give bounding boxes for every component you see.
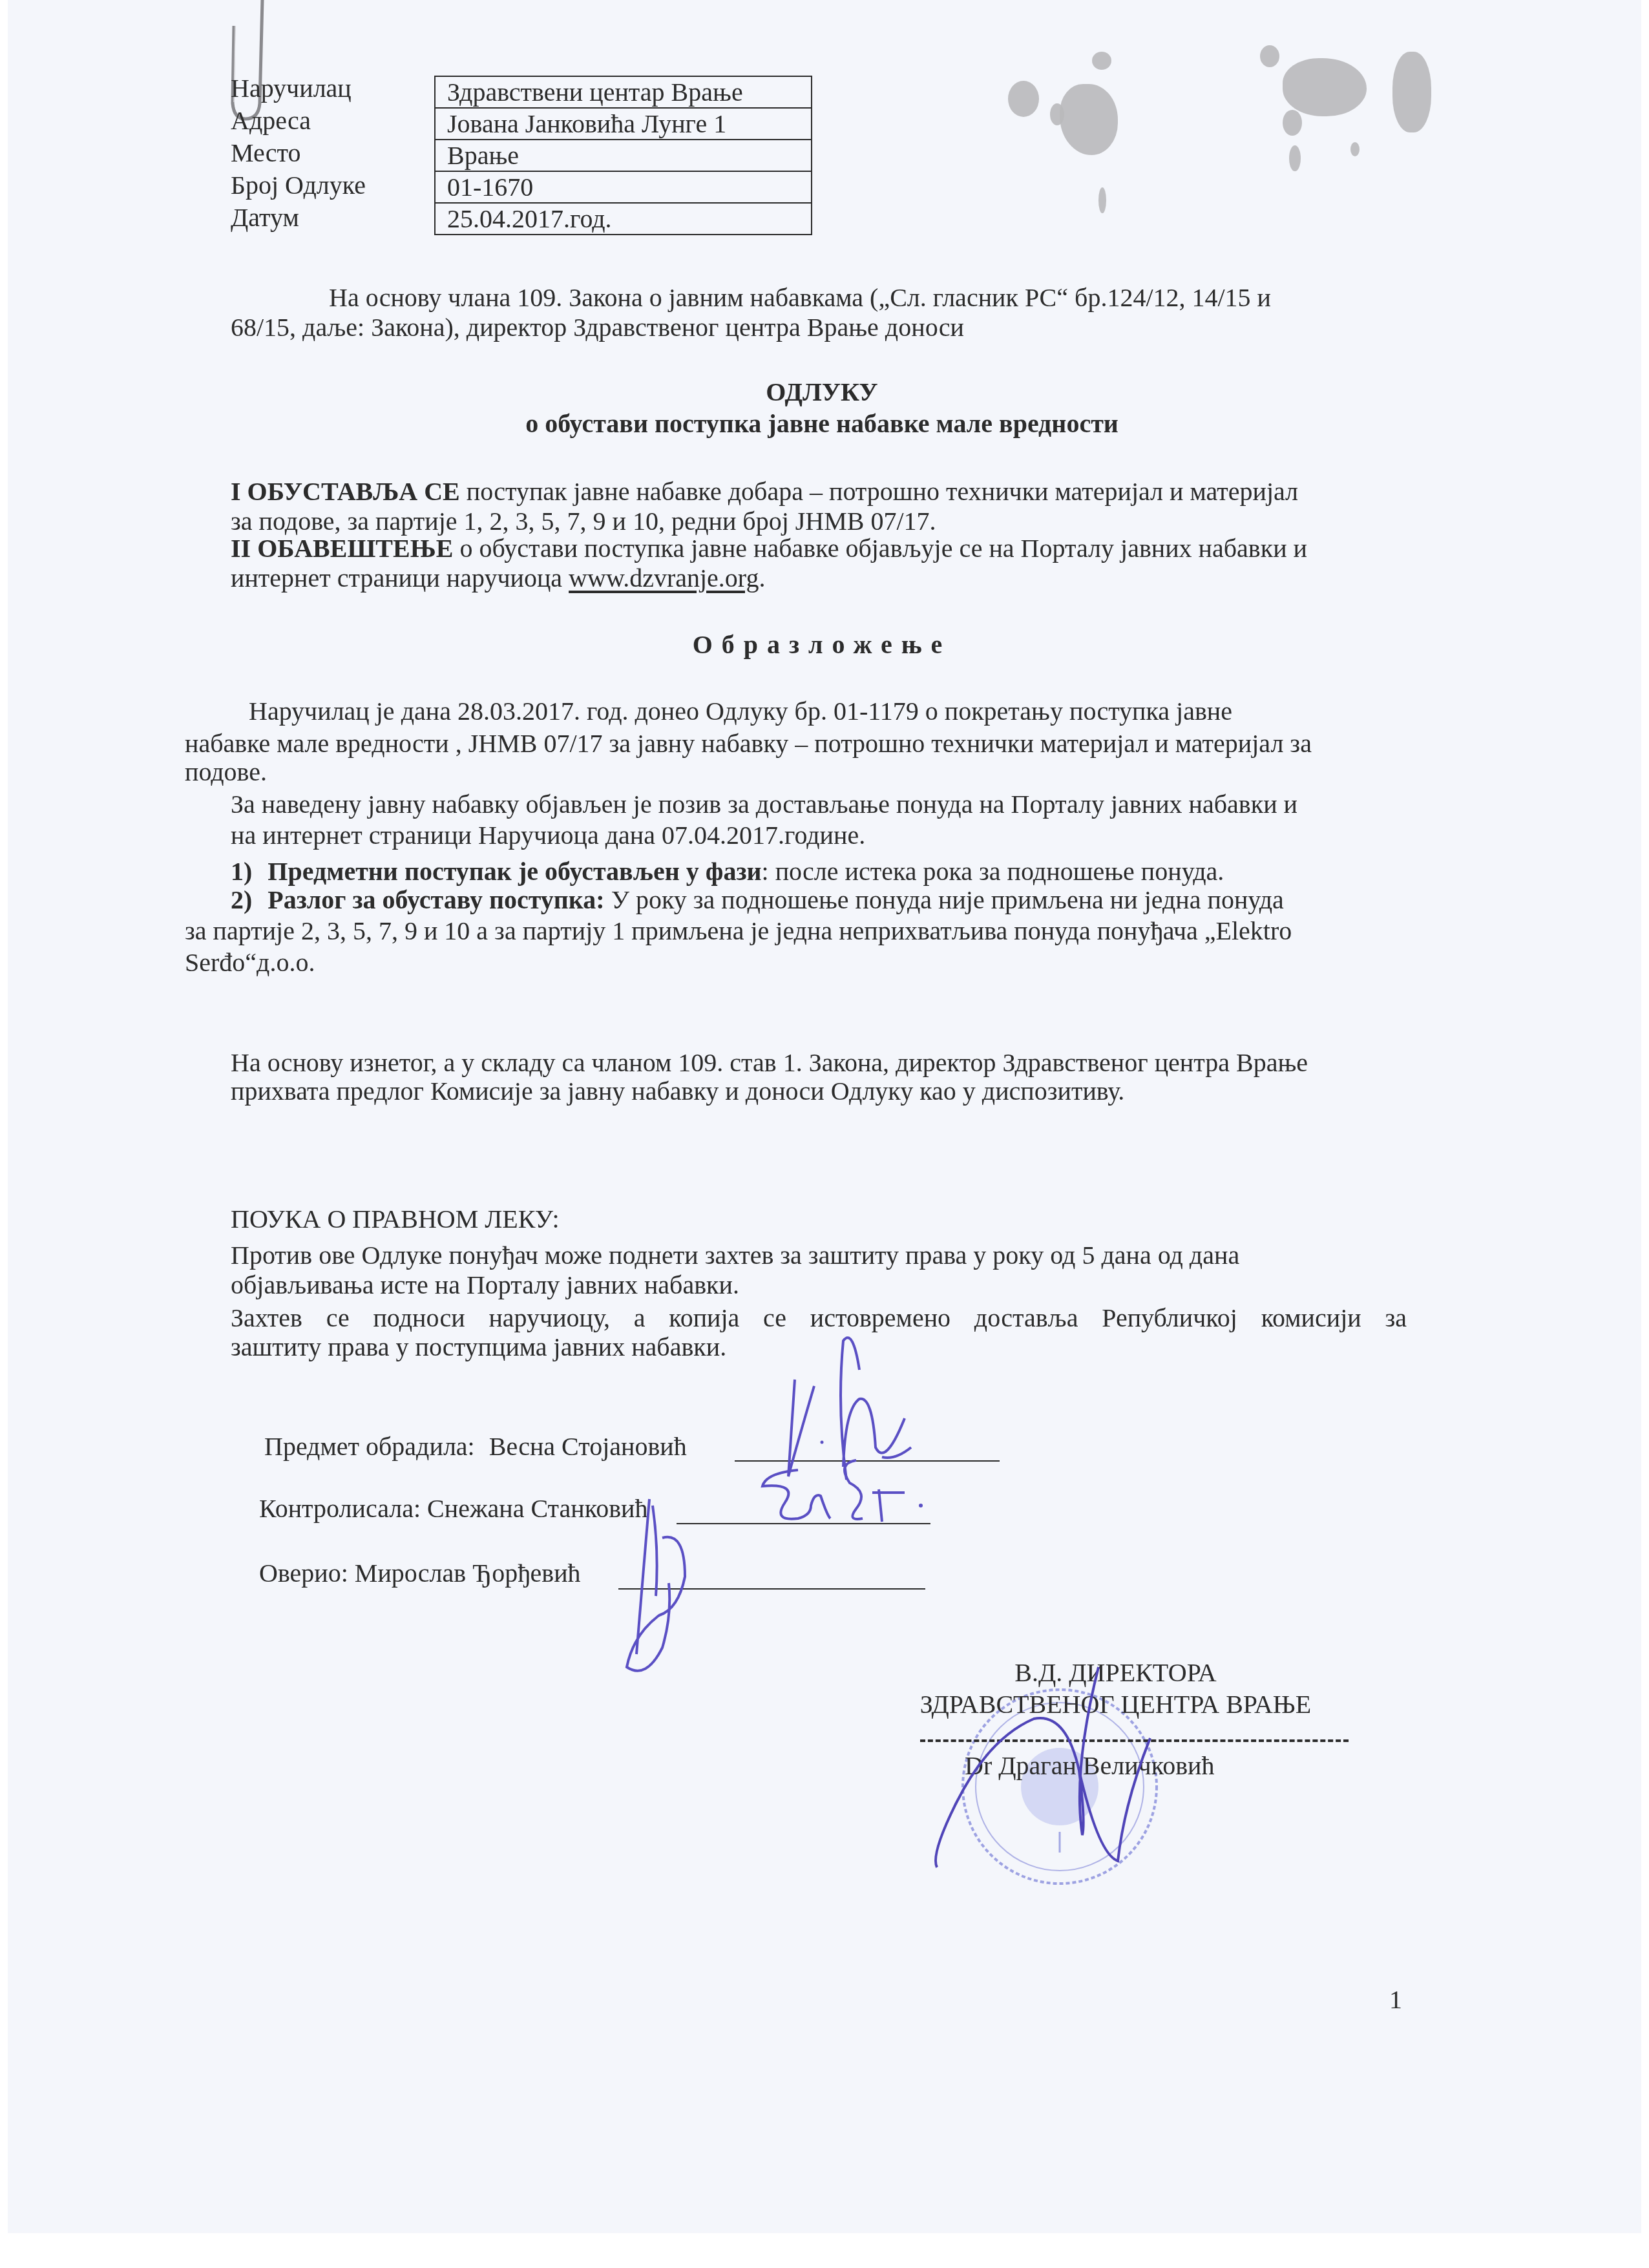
value-contracting-authority: Здравствени центар Врање [435,76,812,108]
signatory-name: Мирослав Ђорђевић [355,1559,581,1588]
reasoning-item-1: 1)Предметни поступак је обустављен у фаз… [231,857,1224,887]
section-suspension-text-2: за подове, за партије 1, 2, 3, 5, 7, 9 и… [231,507,936,536]
signatory-controlled-by: Контролисала: Снежана Станковић [259,1494,647,1524]
paperclip-icon [220,0,271,123]
reasoning-p1-line3: подове. [185,757,267,787]
conclusion-line1: На основу изнетог, а у складу са чланом … [231,1048,1308,1078]
reasoning-item-2-line3: Serđo“д.о.о. [185,948,315,978]
section-notification-text: о обустави поступка јавне набавке објављ… [453,534,1307,563]
legal-remedy-line3: Захтев се подноси наручиоцу, а копија се… [231,1303,1407,1333]
item-2-text: У року за подношење понуда није примљена… [605,885,1284,914]
legal-remedy-line1: Против ове Одлуке понуђач може поднети з… [231,1241,1239,1270]
intro-line-2: 68/15, даље: Закона), директор Здравстве… [231,313,964,342]
item-2-lead: Разлог за обуставу поступка: [268,885,604,914]
page-number: 1 [1389,1985,1402,2015]
reasoning-p1-line1: Наручилац је дана 28.03.2017. год. донео… [249,697,1232,726]
website-link[interactable]: www.dzvranje.org [569,563,759,593]
label-address: Адреса [231,106,311,136]
reasoning-item-2: 2)Разлог за обуставу поступка: У року за… [231,885,1284,915]
legal-remedy-heading: ПОУКА О ПРАВНОМ ЛЕКУ: [231,1204,560,1234]
header-info-table: Здравствени центар Врање Јована Јанковић… [434,76,812,235]
signatory-name: Весна Стојановић [489,1432,687,1461]
item-1-text: : после истека рока за подношење понуда. [762,857,1224,886]
reasoning-p2-line2: на интернет страници Наручиоца дана 07.0… [231,821,865,850]
label-date: Датум [231,203,299,233]
punctuation: . [759,563,765,593]
intro-paragraph: На основу члана 109. Закона о јавним наб… [231,283,1413,342]
item-1-lead: Предметни поступак је обустављен у фази [268,857,761,886]
signature-miroslav-icon [614,1486,704,1680]
reasoning-p2-line1: За наведену јавну набавку објављен је по… [231,790,1297,819]
signature-snezana-icon [759,1457,940,1528]
value-decision-number: 01-1670 [435,171,812,203]
section-suspension-text: поступак јавне набавке добара – потрошно… [460,477,1298,506]
signatory-role: Оверио: [259,1559,348,1588]
section-notification-text-2: интернет страници наручиоца [231,563,569,593]
document-title: ОДЛУКУ [231,377,1413,407]
value-address: Јована Јанковића Лунге 1 [435,108,812,140]
legal-remedy-line3-text: Захтев се подноси наручиоцу, а копија се… [231,1303,1407,1332]
reasoning-heading: Образложење [231,630,1413,660]
section-suspension-lead: I ОБУСТАВЉА СЕ [231,477,460,506]
reasoning-item-2-line2: за партије 2, 3, 5, 7, 9 и 10 а за парти… [185,916,1292,946]
document-subtitle: о обустави поступка јавне набавке мале в… [231,409,1413,439]
section-suspension: I ОБУСТАВЉА СЕ поступак јавне набавке до… [231,477,1413,536]
legal-remedy-line4: заштиту права у поступцима јавних набавк… [231,1332,726,1362]
label-place: Место [231,138,301,168]
signatory-role: Контролисала: [259,1494,421,1523]
item-1-number: 1) [231,857,252,886]
conclusion-line2: прихвата предлог Комисије за јавну набав… [231,1076,1124,1106]
label-decision-number: Број Одлуке [231,171,366,200]
legal-remedy-line2: објављивања исте на Порталу јавних набав… [231,1270,739,1300]
signatory-role: Предмет обрадила: [264,1432,475,1461]
signatory-verified-by: Оверио: Мирослав Ђорђевић [259,1559,581,1588]
reasoning-p1-line2: набавке мале вредности , ЈНМВ 07/17 за ј… [185,729,1312,759]
value-place: Врање [435,140,812,171]
section-notification: II ОБАВЕШТЕЊЕ о обустави поступка јавне … [231,534,1413,593]
intro-line-1: На основу члана 109. Закона о јавним наб… [329,283,1271,312]
signatory-prepared-by: Предмет обрадила:Весна Стојановић [264,1432,687,1462]
section-notification-lead: II ОБАВЕШТЕЊЕ [231,534,453,563]
signature-director-icon [930,1641,1163,1887]
label-contracting-authority: Наручилац [231,74,352,103]
value-date: 25.04.2017.год. [435,203,812,235]
item-2-number: 2) [231,885,252,914]
